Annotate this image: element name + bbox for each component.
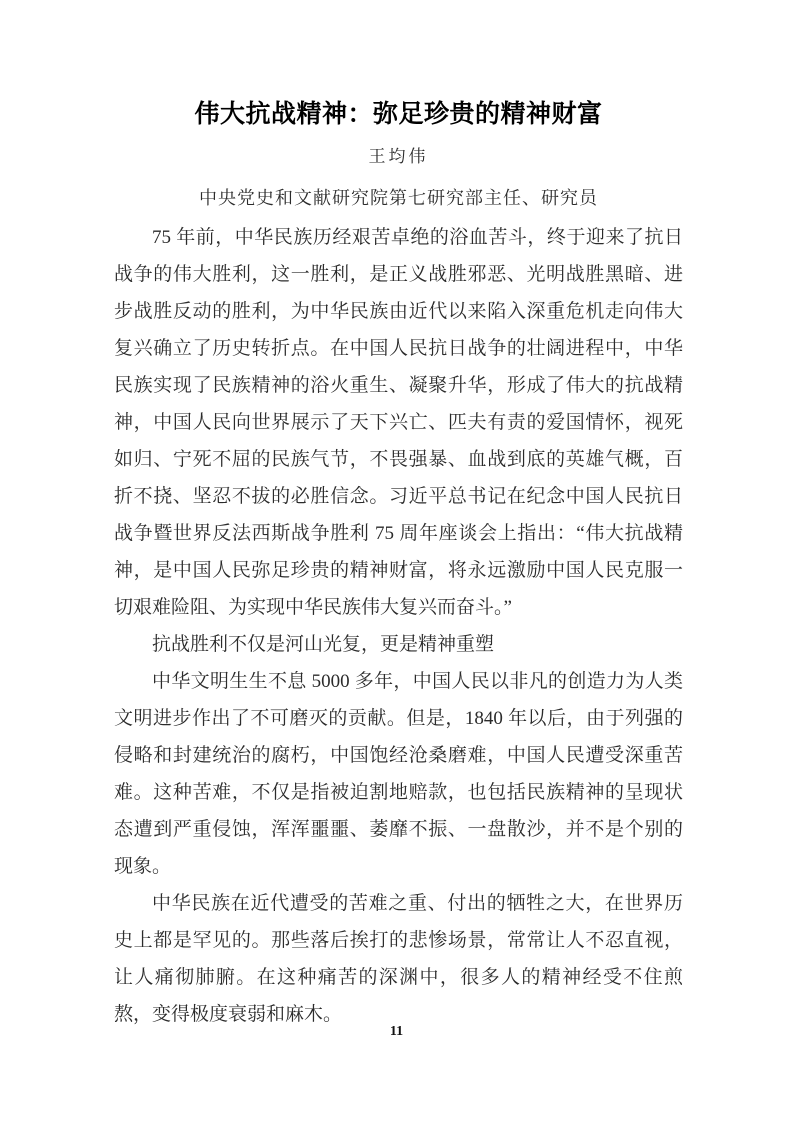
document-content: 伟大抗战精神：弥足珍贵的精神财富 王均伟 中央党史和文献研究院第七研究部主任、研…: [0, 0, 793, 1033]
section-subheading: 抗战胜利不仅是河山光复，更是精神重塑: [114, 626, 683, 663]
page-number: 11: [0, 1023, 793, 1041]
paragraph: 75 年前，中华民族历经艰苦卓绝的浴血苦斗，终于迎来了抗日战争的伟大胜利，这一胜…: [114, 219, 683, 626]
author-affiliation: 中央党史和文献研究院第七研究部主任、研究员: [114, 186, 683, 211]
document-page: 伟大抗战精神：弥足珍贵的精神财富 王均伟 中央党史和文献研究院第七研究部主任、研…: [0, 0, 793, 1122]
author-name: 王均伟: [114, 145, 683, 169]
paragraph: 中华文明生生不息 5000 多年，中国人民以非凡的创造力为人类文明进步作出了不可…: [114, 663, 683, 885]
page-title: 伟大抗战精神：弥足珍贵的精神财富: [114, 96, 683, 132]
document-body: 75 年前，中华民族历经艰苦卓绝的浴血苦斗，终于迎来了抗日战争的伟大胜利，这一胜…: [114, 219, 683, 1033]
paragraph: 中华民族在近代遭受的苦难之重、付出的牺牲之大，在世界历史上都是罕见的。那些落后挨…: [114, 885, 683, 1033]
